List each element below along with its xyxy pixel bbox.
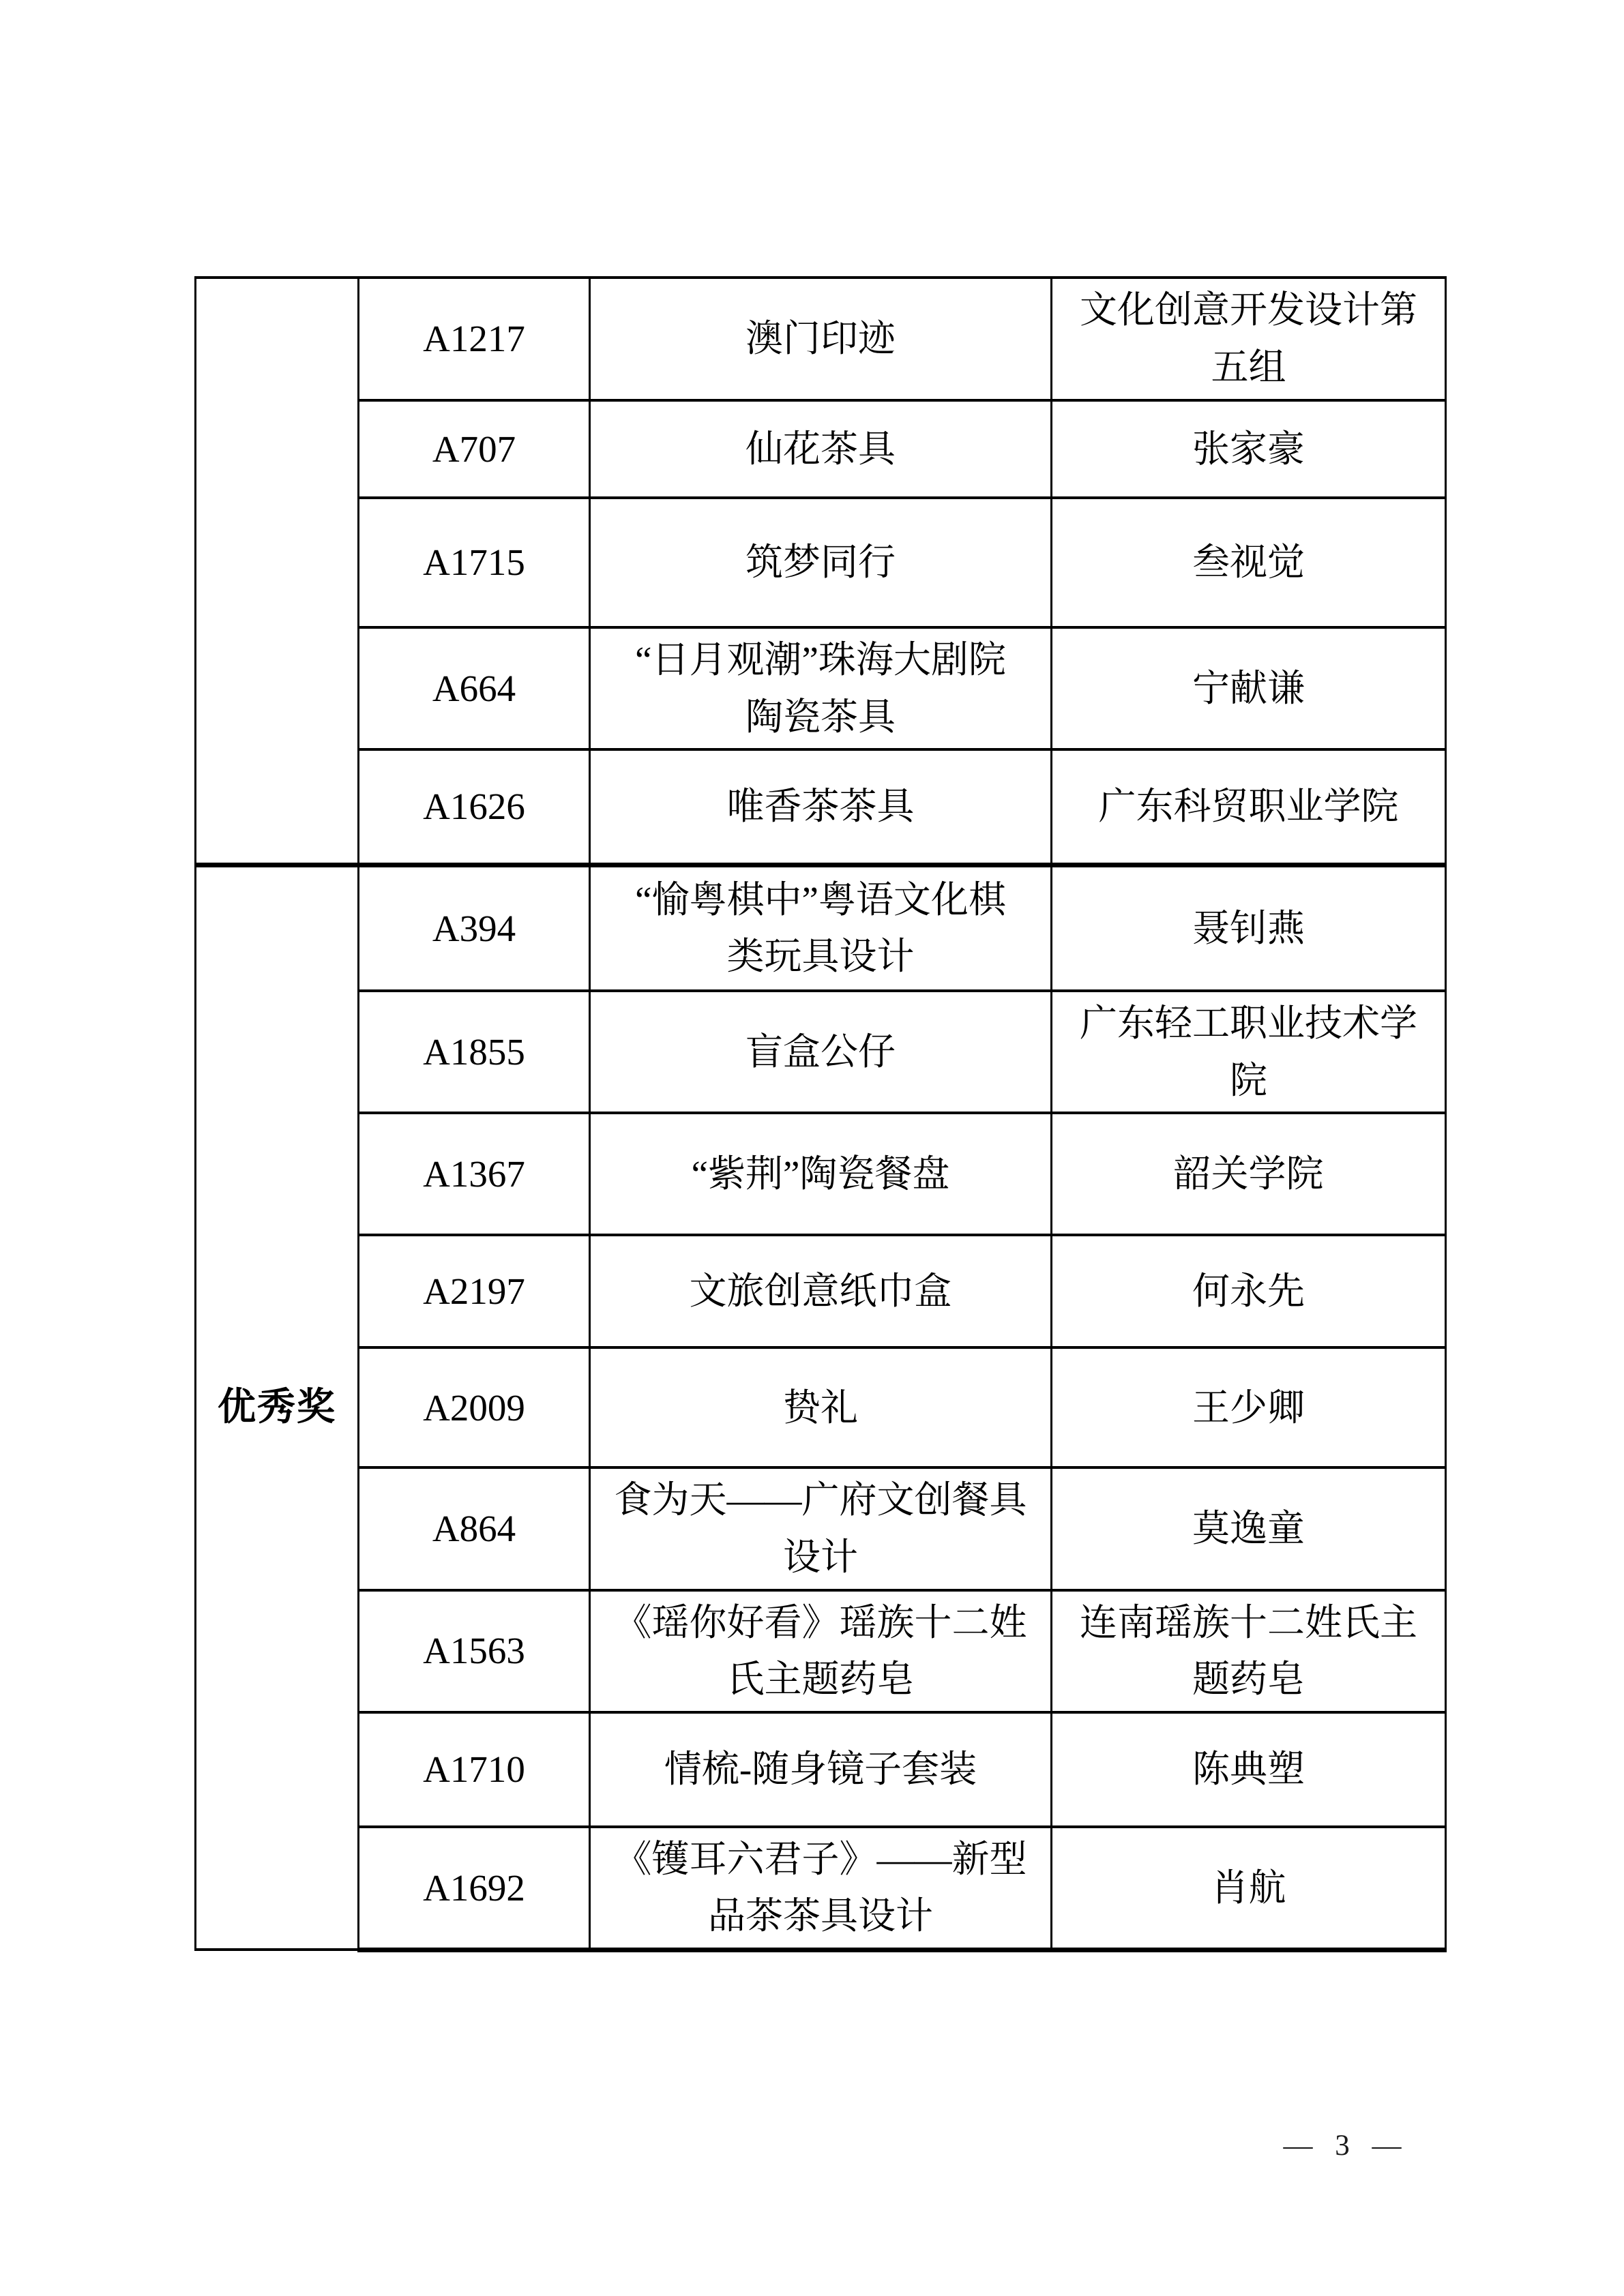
entry-id-cell: A2197 <box>359 1235 590 1347</box>
author-cell: 王少卿 <box>1052 1347 1446 1467</box>
entry-id-cell: A1710 <box>359 1712 590 1827</box>
table-row: A664“日月观潮”珠海大剧院 陶瓷茶具宁献谦 <box>196 627 1446 749</box>
table-row: A1626唯香茶茶具广东科贸职业学院 <box>196 749 1446 865</box>
author-cell: 叁视觉 <box>1052 498 1446 627</box>
work-name-cell: “日月观潮”珠海大剧院 陶瓷茶具 <box>590 627 1052 749</box>
entry-id-cell: A1715 <box>359 498 590 627</box>
award-category-cell <box>196 278 359 865</box>
work-name-cell: 《瑶你好看》瑶族十二姓 氏主题药皂 <box>590 1590 1052 1712</box>
work-name-cell: 贽礼 <box>590 1347 1052 1467</box>
work-name-cell: 澳门印迹 <box>590 278 1052 400</box>
table-row: A1217澳门印迹文化创意开发设计第 五组 <box>196 278 1446 400</box>
work-name-cell: 情梳-随身镜子套装 <box>590 1712 1052 1827</box>
table-row: A707仙花茶具张家豪 <box>196 400 1446 498</box>
author-cell: 陈典塑 <box>1052 1712 1446 1827</box>
table-row: A864食为天——广府文创餐具 设计莫逸童 <box>196 1467 1446 1590</box>
table-row: A1692《镬耳六君子》——新型 品茶茶具设计肖航 <box>196 1827 1446 1950</box>
author-cell: 宁献谦 <box>1052 627 1446 749</box>
entry-id-cell: A864 <box>359 1467 590 1590</box>
work-name-cell: 盲盒公仔 <box>590 991 1052 1113</box>
author-cell: 广东轻工职业技术学 院 <box>1052 991 1446 1113</box>
page-number: — 3 — <box>1267 2129 1417 2162</box>
entry-id-cell: A1626 <box>359 749 590 865</box>
work-name-cell: “紫荆”陶瓷餐盘 <box>590 1113 1052 1235</box>
author-cell: 肖航 <box>1052 1827 1446 1950</box>
work-name-cell: 唯香茶茶具 <box>590 749 1052 865</box>
entry-id-cell: A1855 <box>359 991 590 1113</box>
work-name-cell: 食为天——广府文创餐具 设计 <box>590 1467 1052 1590</box>
work-name-cell: 《镬耳六君子》——新型 品茶茶具设计 <box>590 1827 1052 1950</box>
entry-id-cell: A394 <box>359 865 590 991</box>
author-cell: 聂钊燕 <box>1052 865 1446 991</box>
entry-id-cell: A1217 <box>359 278 590 400</box>
author-cell: 莫逸童 <box>1052 1467 1446 1590</box>
work-name-cell: 文旅创意纸巾盒 <box>590 1235 1052 1347</box>
table-row: A1367“紫荆”陶瓷餐盘韶关学院 <box>196 1113 1446 1235</box>
entry-id-cell: A1367 <box>359 1113 590 1235</box>
author-cell: 韶关学院 <box>1052 1113 1446 1235</box>
award-table: A1217澳门印迹文化创意开发设计第 五组A707仙花茶具张家豪A1715筑梦同… <box>194 276 1447 1952</box>
author-cell: 广东科贸职业学院 <box>1052 749 1446 865</box>
entry-id-cell: A2009 <box>359 1347 590 1467</box>
work-name-cell: “愉粤棋中”粤语文化棋 类玩具设计 <box>590 865 1052 991</box>
table-row: A1563《瑶你好看》瑶族十二姓 氏主题药皂连南瑶族十二姓氏主 题药皂 <box>196 1590 1446 1712</box>
work-name-cell: 仙花茶具 <box>590 400 1052 498</box>
award-category-cell: 优秀奖 <box>196 865 359 1950</box>
table-row: A1715筑梦同行叁视觉 <box>196 498 1446 627</box>
entry-id-cell: A1692 <box>359 1827 590 1950</box>
entry-id-cell: A1563 <box>359 1590 590 1712</box>
table-row: A2009贽礼王少卿 <box>196 1347 1446 1467</box>
entry-id-cell: A707 <box>359 400 590 498</box>
table-row: A2197文旅创意纸巾盒何永先 <box>196 1235 1446 1347</box>
table-row: A1855盲盒公仔广东轻工职业技术学 院 <box>196 991 1446 1113</box>
table-row: 优秀奖A394“愉粤棋中”粤语文化棋 类玩具设计聂钊燕 <box>196 865 1446 991</box>
document-page: { "page": { "number_label": "— 3 —" }, "… <box>0 0 1624 2296</box>
author-cell: 文化创意开发设计第 五组 <box>1052 278 1446 400</box>
table-row: A1710情梳-随身镜子套装陈典塑 <box>196 1712 1446 1827</box>
award-table-body: A1217澳门印迹文化创意开发设计第 五组A707仙花茶具张家豪A1715筑梦同… <box>196 278 1446 1950</box>
author-cell: 连南瑶族十二姓氏主 题药皂 <box>1052 1590 1446 1712</box>
work-name-cell: 筑梦同行 <box>590 498 1052 627</box>
author-cell: 何永先 <box>1052 1235 1446 1347</box>
entry-id-cell: A664 <box>359 627 590 749</box>
author-cell: 张家豪 <box>1052 400 1446 498</box>
